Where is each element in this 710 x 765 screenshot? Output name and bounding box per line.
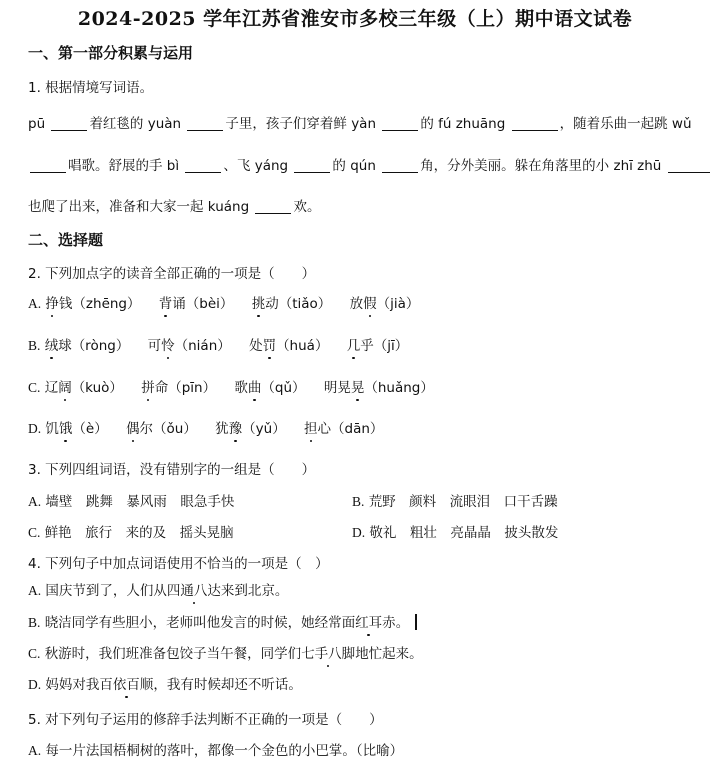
answer-blank[interactable]	[382, 117, 418, 132]
q1-line-3: 也爬了出来，准备和大家一起 kuáng 欢。	[28, 195, 320, 215]
q2-option-d[interactable]: D. 饥饿（è） 偶尔（ǒu） 犹豫（yǔ） 担心（dān）	[28, 417, 383, 437]
q1-line-1: pū 着红毯的 yuàn 子里，孩子们穿着鲜 yàn 的 fú zhuāng ，…	[28, 112, 692, 132]
answer-blank[interactable]	[382, 159, 418, 174]
q2-option-b[interactable]: B. 绒球（ròng） 可怜（nián） 处罚（huá） 几乎（jī）	[28, 334, 408, 354]
q2-option-a[interactable]: A. 挣钱（zhēng） 背诵（bèi） 挑动（tiǎo） 放假（jià）	[28, 292, 419, 312]
q5-option-a[interactable]: A. 每一片法国梧桐树的落叶，都像一个金色的小巴掌。（比喻）	[28, 739, 403, 759]
answer-blank[interactable]	[255, 200, 291, 215]
q4-option-c[interactable]: C. 秋游时，我们班准备包饺子当午餐，同学们七手八脚地忙起来。	[28, 642, 423, 662]
section-heading-1: 一、第一部分积累与运用	[28, 42, 193, 63]
q2-stem: 2. 下列加点字的读音全部正确的一项是（ ）	[28, 262, 315, 282]
q3-option-d[interactable]: D. 敬礼 粗壮 亮晶晶 披头散发	[352, 521, 558, 541]
q3-row-2: C. 鲜艳 旅行 来的及 摇头晃脑 D. 敬礼 粗壮 亮晶晶 披头散发	[28, 521, 708, 541]
answer-blank[interactable]	[185, 159, 221, 174]
exam-page: 2024-2025 学年江苏省淮安市多校三年级（上）期中语文试卷 一、第一部分积…	[0, 0, 710, 765]
text-cursor	[415, 614, 417, 630]
q4-option-b[interactable]: B. 晓洁同学有些胆小，老师叫他发言的时候，她经常面红耳赤。	[28, 611, 417, 631]
q4-option-d[interactable]: D. 妈妈对我百依百顺，我有时候却还不听话。	[28, 673, 302, 693]
answer-blank[interactable]	[51, 117, 87, 132]
section-heading-2: 二、选择题	[28, 229, 103, 250]
q1-line-2: 唱歌。舒展的手 bì 、飞 yáng 的 qún 角，分外美丽。躲在角落里的小 …	[28, 154, 710, 174]
q3-stem: 3. 下列四组词语，没有错别字的一组是（ ）	[28, 458, 315, 478]
answer-blank[interactable]	[668, 159, 710, 174]
q1-stem: 1. 根据情境写词语。	[28, 76, 153, 96]
q4-option-a[interactable]: A. 国庆节到了，人们从四通八达来到北京。	[28, 579, 288, 599]
q3-option-a[interactable]: A. 墙壁 跳舞 暴风雨 眼急手快	[28, 494, 234, 510]
answer-blank[interactable]	[187, 117, 223, 132]
q5-stem: 5. 对下列句子运用的修辞手法判断不正确的一项是（ ）	[28, 708, 383, 728]
q3-option-c[interactable]: C. 鲜艳 旅行 来的及 摇头晃脑	[28, 525, 234, 541]
answer-blank[interactable]	[512, 117, 558, 132]
answer-blank[interactable]	[30, 159, 66, 174]
page-title: 2024-2025 学年江苏省淮安市多校三年级（上）期中语文试卷	[0, 4, 710, 31]
q2-option-c[interactable]: C. 辽阔（kuò） 拼命（pīn） 歌曲（qǔ） 明晃晃（huǎng）	[28, 376, 434, 396]
q3-option-b[interactable]: B. 荒野 颜料 流眼泪 口干舌躁	[352, 490, 558, 510]
q4-stem: 4. 下列句子中加点词语使用不恰当的一项是（ ）	[28, 552, 329, 572]
q3-row-1: A. 墙壁 跳舞 暴风雨 眼急手快 B. 荒野 颜料 流眼泪 口干舌躁	[28, 490, 708, 510]
answer-blank[interactable]	[294, 159, 330, 174]
